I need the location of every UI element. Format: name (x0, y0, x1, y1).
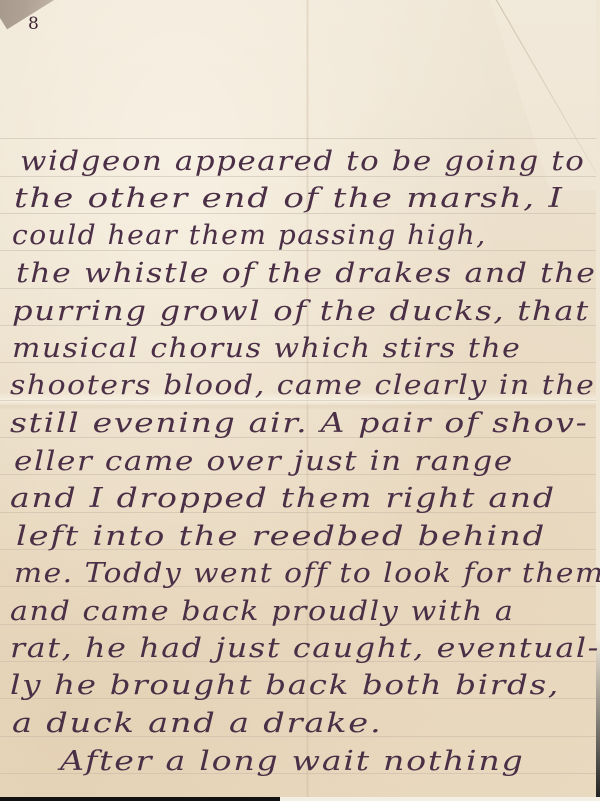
text-line: still evening air. A pair of shov- (10, 408, 589, 439)
text-line: shooters blood, came clearly in the (10, 370, 595, 401)
text-line: the other end of the marsh, I (14, 183, 564, 214)
text-line: the whistle of the drakes and the (16, 258, 597, 289)
text-line: me. Toddy went off to look for them (14, 558, 600, 589)
text-line: and came back proudly with a (10, 596, 514, 627)
text-line: eller came over just in range (14, 446, 514, 477)
text-line: musical chorus which stirs the (12, 333, 521, 364)
text-line: could hear them passing high, (12, 220, 487, 251)
text-line: left into the reedbed behind (16, 521, 546, 552)
text-line: After a long wait nothing (60, 746, 524, 777)
page-bottom-edge (0, 797, 600, 801)
text-line: and I dropped them right and (10, 483, 556, 514)
text-line: rat, he had just caught, eventual- (10, 633, 600, 664)
text-line: widgeon appeared to be going to (20, 146, 585, 177)
page-number: 8 (28, 14, 39, 34)
text-line: ly he brought back both birds, (10, 670, 560, 701)
handwritten-text: widgeon appeared to be going to the othe… (0, 0, 600, 797)
text-line: purring growl of the ducks, that (12, 296, 590, 327)
text-line: a duck and a drake. (12, 708, 382, 739)
letter-page: 8 widgeon appeared to be going to the ot… (0, 0, 600, 797)
